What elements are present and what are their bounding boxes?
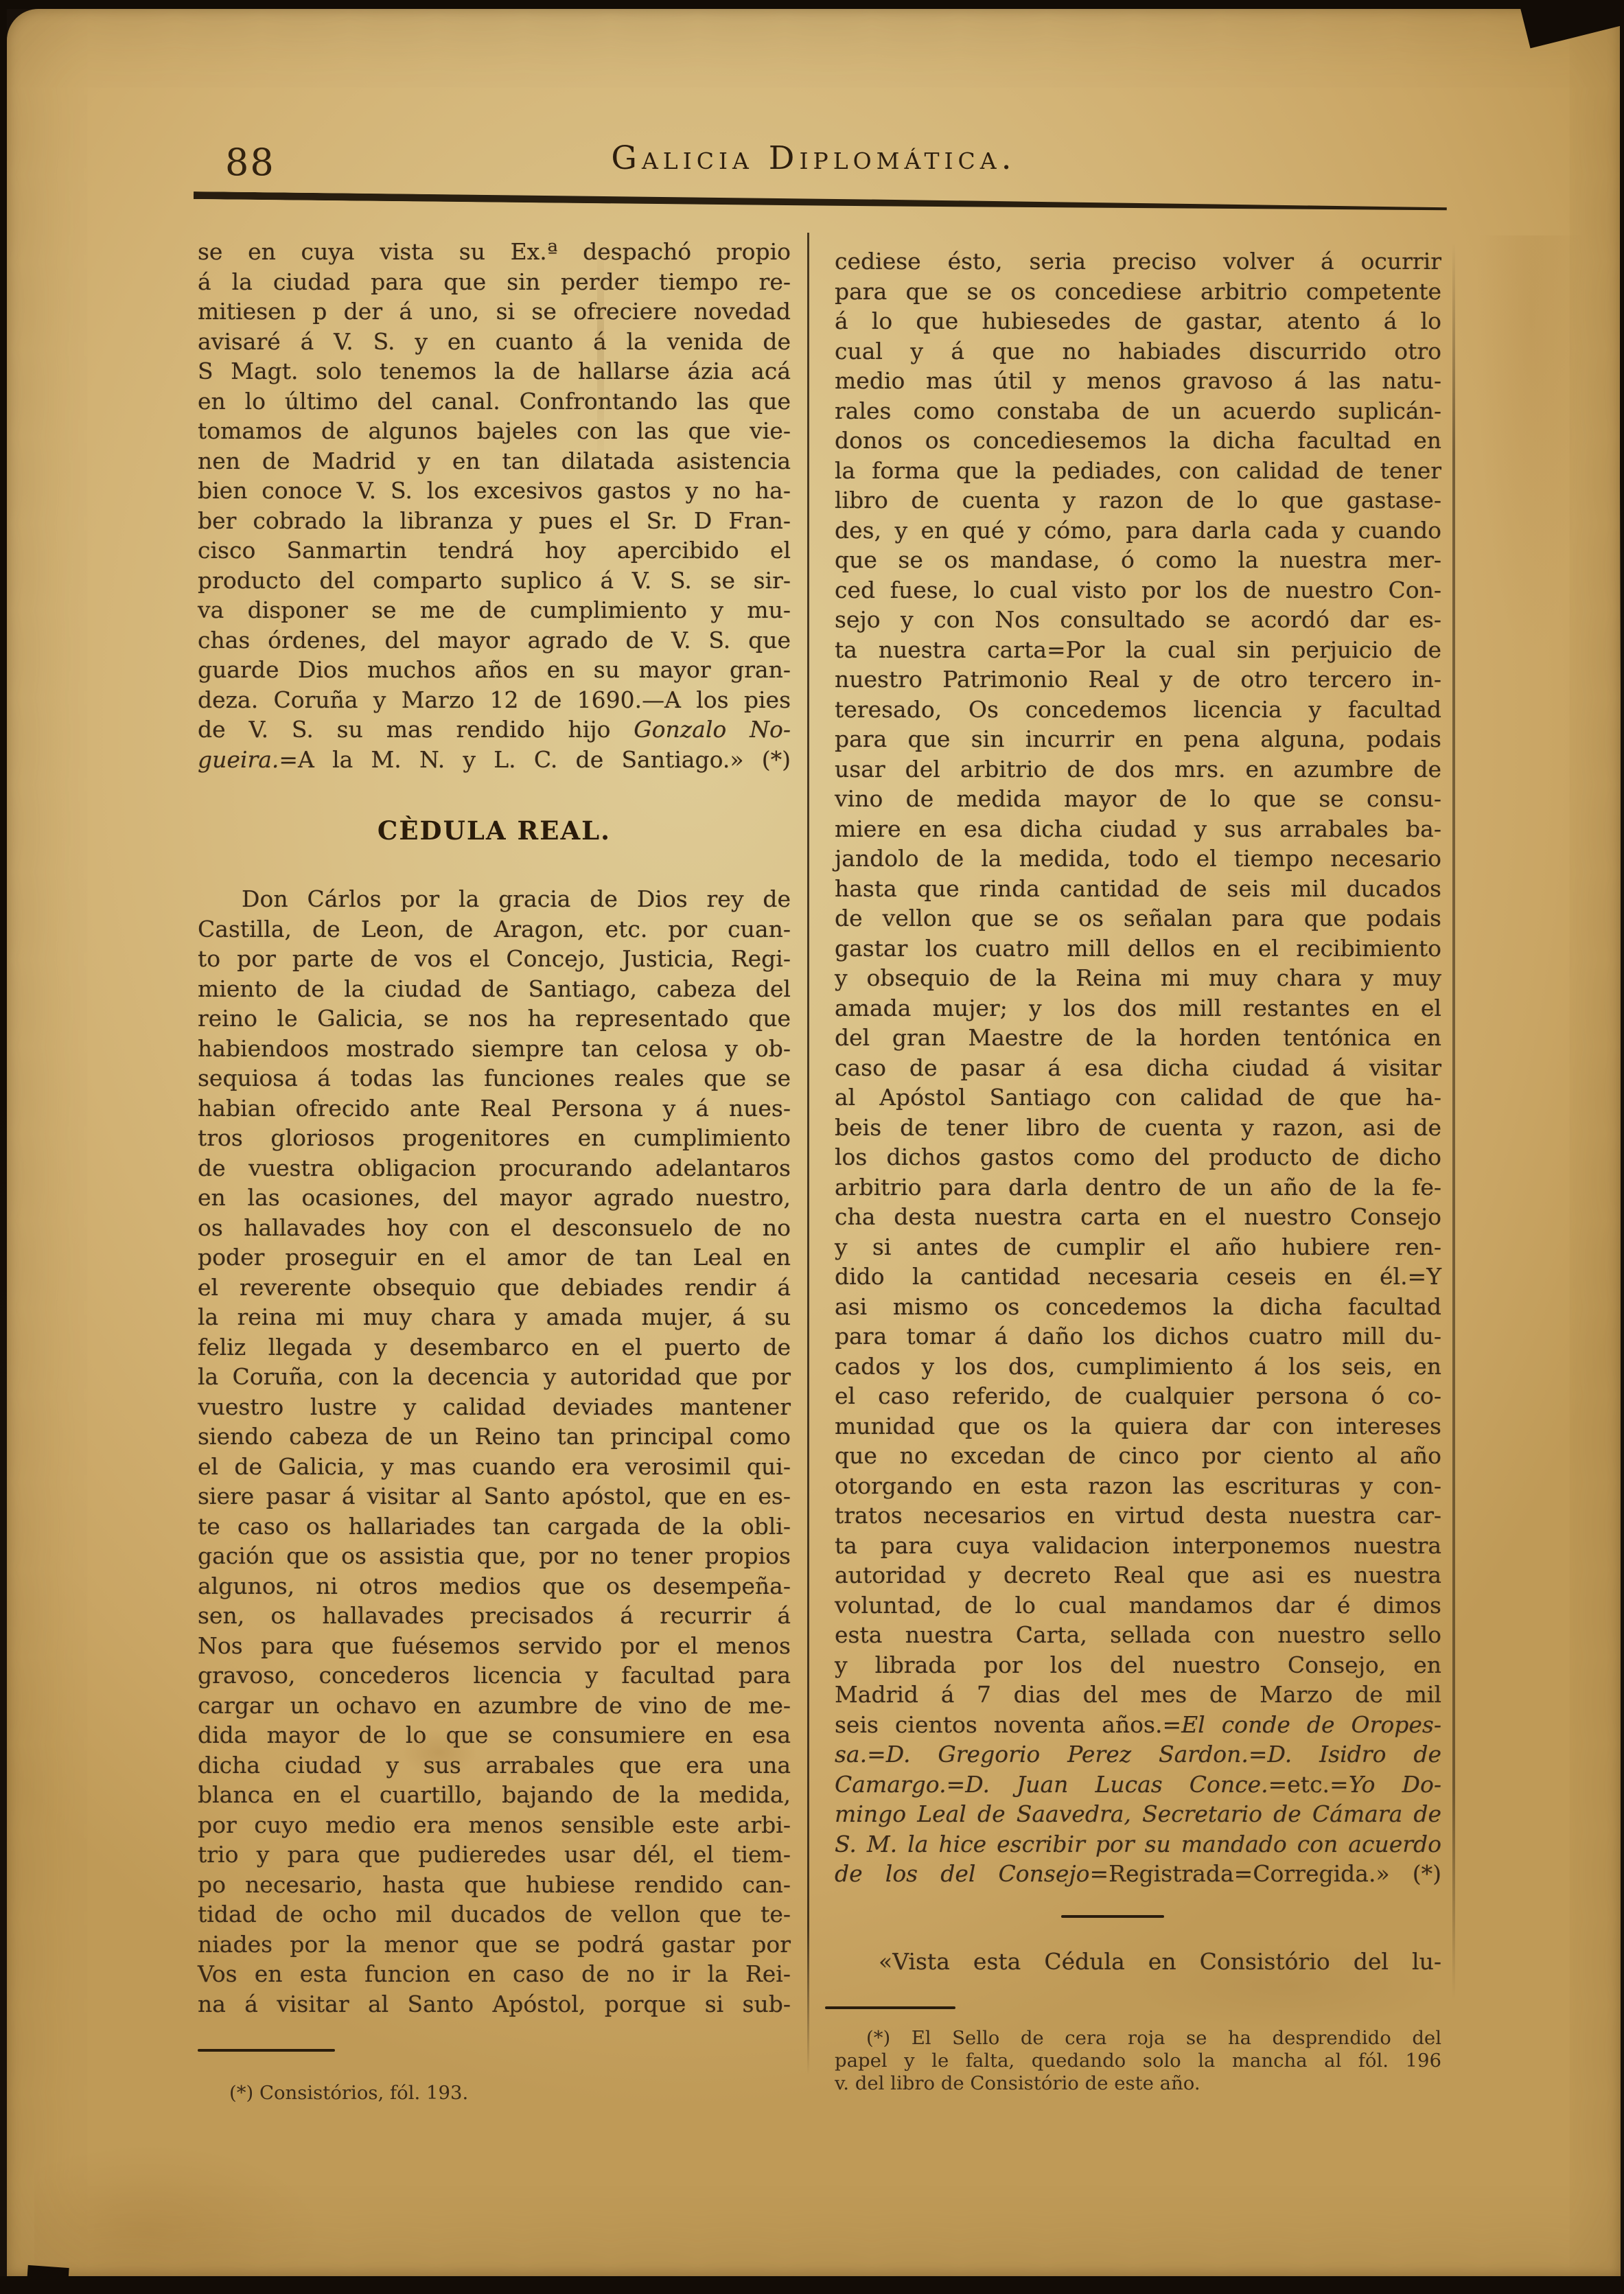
text-line: sequiosa á todas las funciones reales qu…: [198, 1063, 791, 1093]
page-edge-shadow-line: [1452, 242, 1455, 2000]
text-line: habian ofrecido ante Real Persona y á nu…: [198, 1093, 791, 1124]
text-line: de V. S. su mas rendido hijo Gonzalo No-: [198, 715, 791, 745]
text-line: to por parte de vos el Concejo, Justicia…: [198, 944, 791, 974]
text-line: tidad de ocho mil ducados de vellon que …: [198, 1899, 791, 1930]
text-line: S. M. la hice escribir por su mandado co…: [835, 1829, 1441, 1859]
text-line: libro de cuenta y razon de lo que gastas…: [835, 485, 1441, 515]
text-line: algunos, ni otros medios que os desempeñ…: [198, 1571, 791, 1601]
text-line: bien conoce V. S. los excesivos gastos y…: [198, 476, 791, 506]
text-line: de vuestra obligacion procurando adelant…: [198, 1153, 791, 1183]
text-line: de vellon que se os señalan para que pod…: [835, 903, 1441, 934]
text-line: Nos para que fuésemos servido por el men…: [198, 1631, 791, 1661]
text-line: nen de Madrid y en tan dilatada asistenc…: [198, 446, 791, 476]
text-line: siere pasar á visitar al Santo apóstol, …: [198, 1481, 791, 1511]
text-line: el de Galicia, y mas cuando era verosimi…: [198, 1452, 791, 1482]
text-line: sejo y con Nos consultado se acordó dar …: [835, 605, 1441, 635]
text-line: ta nuestra carta=Por la cual sin perjuic…: [835, 635, 1441, 665]
text-line: hasta que rinda cantidad de seis mil duc…: [835, 874, 1441, 904]
photo-edge-bottom: [0, 2276, 1624, 2294]
text-line: la forma que la pediades, con calidad de…: [835, 456, 1441, 486]
text-line: Don Cárlos por la gracia de Dios rey de: [198, 884, 791, 914]
publication-title: Galicia Diplomática.: [7, 139, 1621, 177]
text-line: va disponer se me de cumplimiento y mu-: [198, 595, 791, 625]
text-line: en lo último del canal. Confrontando las…: [198, 386, 791, 417]
text-line: beis de tener libro de cuenta y razon, a…: [835, 1113, 1441, 1143]
text-line: chas órdenes, del mayor agrado de V. S. …: [198, 625, 791, 656]
text-line: jandolo de la medida, todo el tiempo nec…: [835, 844, 1441, 874]
text-line: po necesario, hasta que hubiese rendido …: [198, 1870, 791, 1900]
text-line: ber cobrado la libranza y pues el Sr. D …: [198, 506, 791, 536]
text-line: voluntad, de lo cual mandamos dar é dimo…: [835, 1590, 1441, 1621]
text-line: asi mismo os concedemos la dicha faculta…: [835, 1292, 1441, 1322]
text-line: amada mujer; y los dos mill restantes en…: [835, 993, 1441, 1023]
text-line: gastar los cuatro mill dellos en el reci…: [835, 934, 1441, 964]
text-line: Madrid á 7 dias del mes de Marzo de mil: [835, 1680, 1441, 1710]
text-line: gravoso, concederos licencia y facultad …: [198, 1660, 791, 1691]
text-line: usar del arbitrio de dos mrs. en azumbre…: [835, 754, 1441, 785]
section-separator-rule: [1061, 1915, 1164, 1918]
text-line: otorgando en esta razon las escrituras y…: [835, 1471, 1441, 1501]
text-line: medio mas útil y menos gravoso á las nat…: [835, 366, 1441, 396]
text-line: la Coruña, con la decencia y autoridad q…: [198, 1362, 791, 1392]
text-line: caso de pasar á esa dicha ciudad á visit…: [835, 1053, 1441, 1083]
right-footnote: (*) El Sello de cera roja se ha desprend…: [835, 2027, 1441, 2095]
text-line: ced fuese, lo cual visto por los de nues…: [835, 575, 1441, 605]
text-line: rales como constaba de un acuerdo suplic…: [835, 396, 1441, 426]
text-line: teresado, Os concedemos licencia y facul…: [835, 695, 1441, 725]
text-line: y librada por los del nuestro Consejo, e…: [835, 1650, 1441, 1680]
text-line: Castilla, de Leon, de Aragon, etc. por c…: [198, 914, 791, 945]
text-line: autoridad y decreto Real que asi es nues…: [835, 1560, 1441, 1590]
paper-stain: [34, 2144, 323, 2288]
text-line: cha desta nuestra carta en el nuestro Co…: [835, 1202, 1441, 1232]
text-line: Camargo.=D. Juan Lucas Conce.=etc.=Yo Do…: [835, 1770, 1441, 1800]
text-line: que se os mandase, ó como la nuestra mer…: [835, 545, 1441, 575]
text-line: te caso os hallariades tan cargada de la…: [198, 1511, 791, 1542]
text-line: y obsequio de la Reina mi muy chara y mu…: [835, 963, 1441, 993]
text-line: la reina mi muy chara y amada mujer, á s…: [198, 1302, 791, 1332]
column-divider-rule: [807, 233, 809, 2075]
text-line: vuestro lustre y calidad deviades manten…: [198, 1392, 791, 1422]
text-line: cados y los dos, cumplimiento á los seis…: [835, 1352, 1441, 1382]
left-paragraph-cedula: Don Cárlos por la gracia de Dios rey deC…: [198, 884, 791, 2019]
right-closing-paragraph: «Vista esta Cédula en Consistório del lu…: [835, 1947, 1441, 1977]
text-line: mitiesen p der á uno, si se ofreciere no…: [198, 297, 791, 327]
text-line: feliz llegada y desembarco en el puerto …: [198, 1332, 791, 1363]
text-line: habiendoos mostrado siempre tan celosa y…: [198, 1034, 791, 1064]
text-line: se en cuya vista su Ex.ª despachó propio: [198, 237, 791, 267]
text-line: poder proseguir en el amor de tan Leal e…: [198, 1242, 791, 1273]
text-line: producto del comparto suplico á V. S. se…: [198, 566, 791, 596]
text-line: Vos en esta funcion en caso de no ir la …: [198, 1959, 791, 1989]
text-line: dicha ciudad y sus arrabales que era una: [198, 1750, 791, 1781]
photo-edge-left: [0, 0, 7, 1422]
text-line: tomamos de algunos bajeles con las que v…: [198, 416, 791, 446]
text-line: para que sin incurrir en pena alguna, po…: [835, 724, 1441, 754]
scanned-page-photo: 88 Galicia Diplomática. se en cuya vista…: [0, 0, 1624, 2294]
text-line: (*) Consistórios, fól. 193.: [198, 2082, 791, 2105]
text-line: na á visitar al Santo Apóstol, porque si…: [198, 1989, 791, 2019]
text-line: á lo que hubiesedes de gastar, atento á …: [835, 306, 1441, 336]
text-line: para tomar á daño los dichos cuatro mill…: [835, 1321, 1441, 1352]
text-line: papel y le falta, quedando solo la manch…: [835, 2050, 1441, 2072]
text-line: el caso referido, de cualquier persona ó…: [835, 1381, 1441, 1411]
text-line: el reverente obsequio que debiades rendi…: [198, 1273, 791, 1303]
left-footnote-rule: [198, 2049, 335, 2052]
right-footnote-rule: [825, 2006, 955, 2009]
text-line: trio y para que pudieredes usar dél, el …: [198, 1840, 791, 1870]
text-line: gueira.=A la M. N. y L. C. de Santiago.»…: [198, 745, 791, 775]
header-rule: [194, 192, 1447, 213]
text-line: y si antes de cumplir el año hubiere ren…: [835, 1232, 1441, 1262]
text-line: al Apóstol Santiago con calidad de que h…: [835, 1082, 1441, 1113]
text-line: tratos necesarios en virtud desta nuestr…: [835, 1501, 1441, 1531]
right-paragraph-cedula: cediese ésto, seria preciso volver á ocu…: [835, 246, 1441, 1889]
text-line: blanca en el cuartillo, bajando de la me…: [198, 1780, 791, 1810]
paper-stain: [1476, 235, 1586, 661]
text-line: para que se os concediese arbitrio compe…: [835, 277, 1441, 307]
text-line: vino de medida mayor de lo que se consu-: [835, 784, 1441, 814]
text-line: «Vista esta Cédula en Consistório del lu…: [835, 1947, 1441, 1977]
text-line: ta para cuya validacion interponemos nue…: [835, 1531, 1441, 1561]
text-line: del gran Maestre de la horden tentónica …: [835, 1023, 1441, 1053]
text-line: deza. Coruña y Marzo 12 de 1690.—A los p…: [198, 685, 791, 715]
text-line: dido la cantidad necesaria ceseis en él.…: [835, 1262, 1441, 1292]
text-line: cargar un ochavo en azumbre de vino de m…: [198, 1691, 791, 1721]
text-line: (*) El Sello de cera roja se ha desprend…: [835, 2027, 1441, 2050]
paper-sheet: 88 Galicia Diplomática. se en cuya vista…: [7, 9, 1621, 2276]
text-line: miere en esa dicha ciudad y sus arrabale…: [835, 814, 1441, 844]
text-line: en las ocasiones, del mayor agrado nuest…: [198, 1183, 791, 1213]
text-line: munidad que os la quiera dar con interes…: [835, 1411, 1441, 1441]
text-line: S Magt. solo tenemos la de hallarse ázia…: [198, 356, 791, 386]
text-line: arbitrio para darla dentro de un año de …: [835, 1172, 1441, 1203]
text-line: mingo Leal de Saavedra, Secretario de Cá…: [835, 1799, 1441, 1829]
text-line: guarde Dios muchos años en su mayor gran…: [198, 655, 791, 685]
photo-edge-top: [0, 0, 1624, 9]
text-line: des, y en qué y cómo, para darla cada y …: [835, 515, 1441, 546]
text-line: os hallavades hoy con el desconsuelo de …: [198, 1213, 791, 1243]
text-line: cediese ésto, seria preciso volver á ocu…: [835, 246, 1441, 277]
section-heading-cedula-real: CÈDULA REAL.: [198, 814, 791, 847]
text-line: dida mayor de lo que se consumiere en es…: [198, 1720, 791, 1750]
photo-corner-bottom-left: [27, 2265, 69, 2283]
text-line: niades por la menor que se podrá gastar …: [198, 1930, 791, 1960]
text-line: los dichos gastos como del producto de d…: [835, 1142, 1441, 1172]
left-paragraph-letter: se en cuya vista su Ex.ª despachó propio…: [198, 237, 791, 774]
text-line: sa.=D. Gregorio Perez Sardon.=D. Isidro …: [835, 1739, 1441, 1770]
left-footnote: (*) Consistórios, fól. 193.: [198, 2082, 791, 2105]
text-line: reino le Galicia, se nos ha representado…: [198, 1004, 791, 1034]
text-line: que no excedan de cinco por ciento al añ…: [835, 1441, 1441, 1471]
text-line: cisco Sanmartin tendrá hoy apercibido el: [198, 535, 791, 566]
text-line: siendo cabeza de un Reino tan principal …: [198, 1422, 791, 1452]
text-line: miento de la ciudad de Santiago, cabeza …: [198, 974, 791, 1004]
text-line: gación que os assistia que, por no tener…: [198, 1541, 791, 1571]
text-line: sen, os hallavades precisados á recurrir…: [198, 1601, 791, 1631]
photo-edge-right: [1620, 0, 1624, 688]
text-line: tros gloriosos progenitores en cumplimie…: [198, 1123, 791, 1153]
text-line: nuestro Patrimonio Real y de otro tercer…: [835, 664, 1441, 695]
text-line: seis cientos noventa años.=El conde de O…: [835, 1710, 1441, 1740]
text-line: v. del libro de Consistório de este año.: [835, 2072, 1441, 2095]
text-line: esta nuestra Carta, sellada con nuestro …: [835, 1620, 1441, 1650]
text-line: por cuyo medio era menos sensible este a…: [198, 1810, 791, 1840]
text-line: cual y á que no habiades discurrido otro: [835, 336, 1441, 367]
text-line: donos os concediesemos la dicha facultad…: [835, 426, 1441, 456]
text-line: de los del Consejo=Registrada=Corregida.…: [835, 1859, 1441, 1889]
text-line: á la ciudad para que sin perder tiempo r…: [198, 267, 791, 297]
text-line: avisaré á V. S. y en cuanto á la venida …: [198, 327, 791, 357]
left-column: se en cuya vista su Ex.ª despachó propio…: [198, 237, 791, 2105]
right-column: cediese ésto, seria preciso volver á ocu…: [835, 246, 1441, 2095]
